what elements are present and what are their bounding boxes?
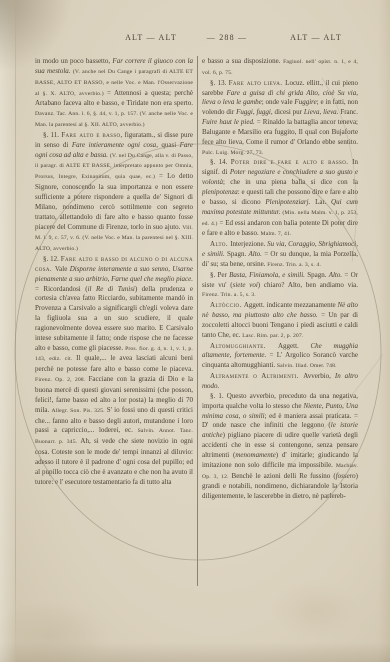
page-edge-crease bbox=[15, 0, 16, 662]
paragraph: §. 12. Fare alto e basso di alcuno o di … bbox=[35, 255, 193, 487]
header-catchword-right: ALT — ALT bbox=[287, 33, 345, 42]
running-header: ALT — ALT — 288 — ALT — ALT bbox=[0, 33, 390, 47]
page-number: — 288 — bbox=[198, 33, 256, 42]
paragraph: §. 1. Questo avverbio, preceduto da una … bbox=[202, 392, 358, 502]
paragraph: §. Per Basta, Finiamola, e simili. Spagn… bbox=[202, 271, 358, 302]
paragraph: e basso a sua disposizione. Fagiuol. nel… bbox=[202, 57, 358, 79]
text-column-left: in modo un poco bassetto, Far correre il… bbox=[35, 57, 193, 586]
column-divider-rule bbox=[197, 56, 198, 586]
header-catchword-left: ALT — ALT bbox=[122, 33, 180, 42]
paper-stain bbox=[0, 600, 110, 662]
paragraph: Alto. Interjezione. Su via, Coraggio, Sb… bbox=[202, 240, 358, 271]
paragraph: Altòccio. Aggett. indicante mezzanamente… bbox=[202, 301, 358, 341]
paper-stain bbox=[270, 580, 360, 640]
paragraph: §. 13. Fare alto lieva. Locuz. ellitt., … bbox=[202, 79, 358, 159]
paragraph: in modo un poco bassetto, Far correre il… bbox=[35, 57, 193, 131]
paragraph: Altramente o Altrimenti. Avverbio, In al… bbox=[202, 372, 358, 392]
paragraph: Altomugghiante. Aggett. Che mugghia alta… bbox=[202, 342, 358, 373]
scanned-book-page: ALT — ALT — 288 — ALT — ALT in modo un p… bbox=[0, 0, 390, 662]
paragraph: §. 14. Poter dire e fare e alto e basso.… bbox=[202, 158, 358, 240]
text-column-right: e basso a sua disposizione. Fagiuol. nel… bbox=[202, 57, 358, 586]
paragraph: §. 11. Fare alto e basso, figuratam., si… bbox=[35, 131, 193, 255]
